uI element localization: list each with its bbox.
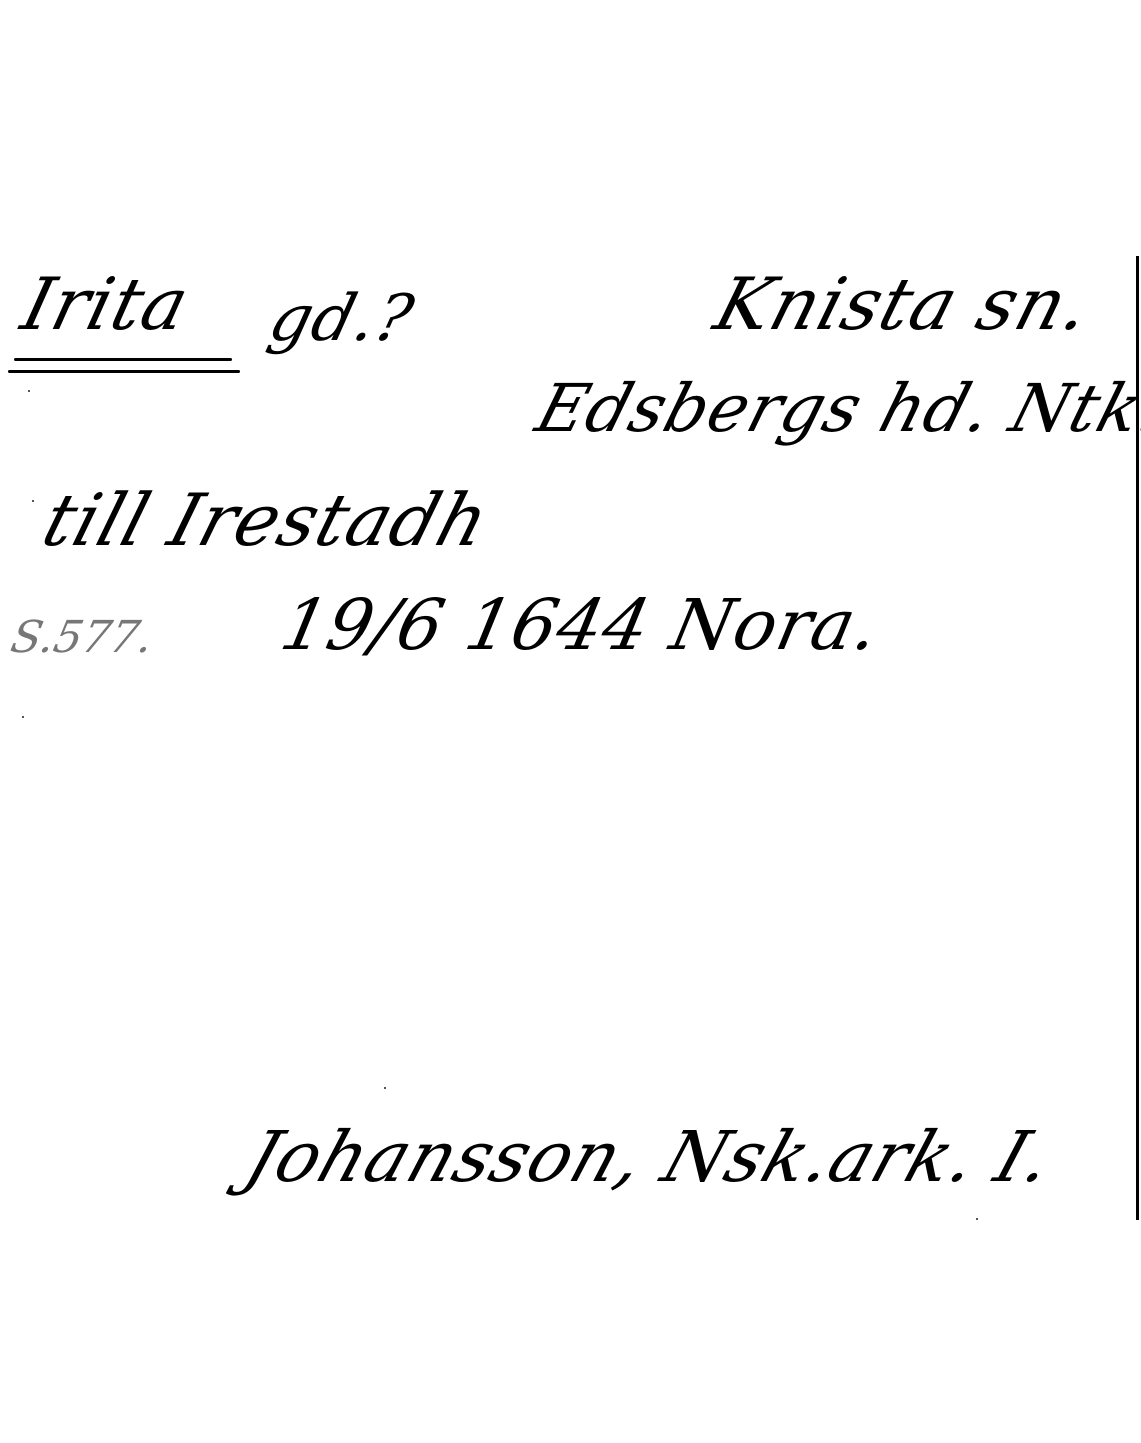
scan-edge-rule <box>1136 256 1139 1220</box>
name-text: Irita <box>14 262 198 346</box>
destination-text: till Irestadh <box>34 478 499 562</box>
scan-speck <box>28 390 30 392</box>
scan-speck <box>32 500 34 502</box>
pencil-reference: S.577. <box>7 612 158 663</box>
scan-speck <box>22 716 24 718</box>
name-underline-2 <box>8 370 240 373</box>
scan-speck <box>976 1218 978 1220</box>
name-underline-1 <box>14 358 232 361</box>
district-text: Edsbergs hd. Ntk. <box>528 370 1141 447</box>
date-place-text: 19/6 1644 Nora. <box>274 584 887 666</box>
name-suffix-text: gd.? <box>262 282 421 356</box>
document-page: Irita gd.? Knista sn. Edsbergs hd. Ntk. … <box>0 0 1141 1443</box>
parish-text: Knista sn. <box>706 262 1101 346</box>
source-text: Johansson, Nsk.ark. I. <box>236 1116 1064 1198</box>
scan-speck <box>384 1087 386 1089</box>
